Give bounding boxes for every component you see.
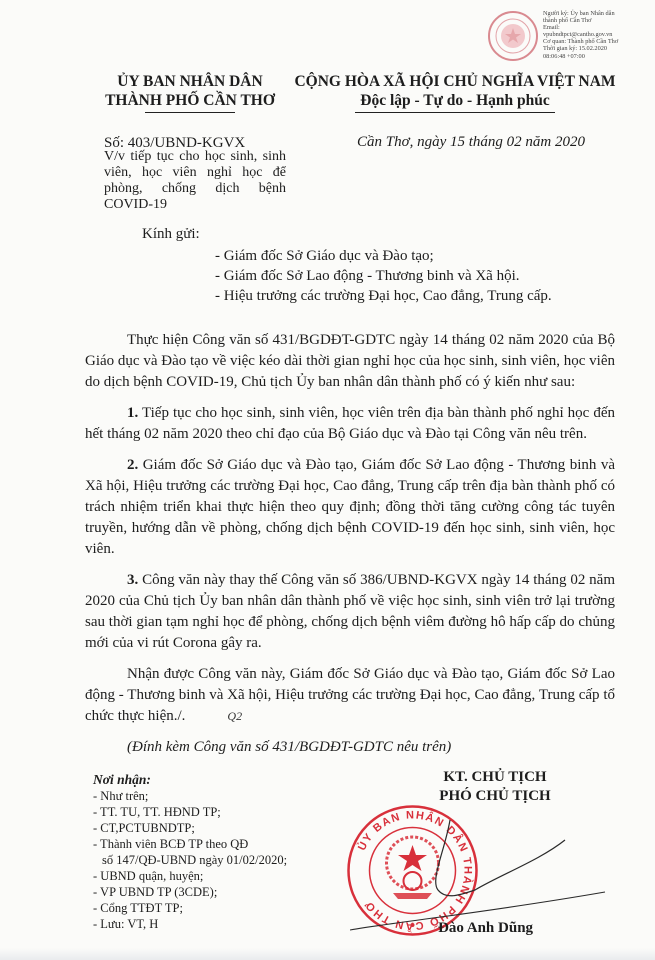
motto-divider: [355, 112, 555, 113]
distribution-list: Nơi nhận: - Như trên; - TT. TU, TT. HĐND…: [93, 772, 287, 932]
state-emblem-seal-icon: [487, 10, 539, 62]
digital-signature-lines: Người ký: Ủy ban Nhân dân thành phố Cần …: [543, 10, 618, 60]
point-2: 2. Giám đốc Sở Giáo dục và Đào tạo, Giám…: [85, 455, 615, 560]
closing-paragraph: Nhận được Công văn này, Giám đốc Sở Giáo…: [85, 664, 615, 727]
point-text: Giám đốc Sở Giáo dục và Đào tạo, Giám đố…: [85, 457, 615, 557]
distribution-item: - Lưu: VT, H: [93, 916, 287, 932]
intro-paragraph: Thực hiện Công văn số 431/BGDĐT-GDTC ngà…: [85, 330, 615, 393]
signer-name: Đào Anh Dũng: [438, 920, 533, 937]
attachment-note: (Đính kèm Công văn số 431/BGDĐT-GDTC nêu…: [85, 737, 615, 758]
distribution-label: Nơi nhận:: [93, 772, 287, 788]
document-subject: V/v tiếp tục cho học sinh, sinh viên, họ…: [104, 149, 286, 213]
national-title: CỘNG HÒA XÃ HỘI CHỦ NGHĨA VIỆT NAM Độc l…: [290, 72, 620, 113]
point-1: 1. Tiếp tục cho học sinh, sinh viên, học…: [85, 403, 615, 445]
point-number: 1.: [127, 405, 138, 421]
point-number: 3.: [127, 572, 138, 588]
distribution-item: - Thành viên BCĐ TP theo QĐ: [93, 836, 287, 852]
distribution-item: - Như trên;: [93, 788, 287, 804]
agency-divider: [145, 112, 235, 113]
handwritten-initials: Q2: [185, 706, 242, 727]
date-line: Cần Thơ, ngày 15 tháng 02 năm 2020: [357, 134, 585, 151]
recipient-item: - Hiệu trưởng các trường Đại học, Cao đẳ…: [215, 286, 552, 306]
document-page: Người ký: Ủy ban Nhân dân thành phố Cần …: [0, 0, 655, 960]
signatory-title-1: KT. CHỦ TỊCH: [410, 768, 580, 787]
issuing-agency: ỦY BAN NHÂN DÂN THÀNH PHỐ CẦN THƠ: [70, 72, 310, 113]
document-body: Thực hiện Công văn số 431/BGDĐT-GDTC ngà…: [85, 330, 615, 768]
nation-motto: Độc lập - Tự do - Hạnh phúc: [290, 91, 620, 110]
signatory-block: KT. CHỦ TỊCH PHÓ CHỦ TỊCH: [410, 768, 580, 806]
distribution-item: - UBND quận, huyện;: [93, 868, 287, 884]
point-3: 3. Công văn này thay thế Công văn số 386…: [85, 570, 615, 654]
recipients-label: Kính gửi:: [142, 226, 200, 243]
distribution-item: - TT. TU, TT. HĐND TP;: [93, 804, 287, 820]
distribution-item: - CT,PCTUBNDTP;: [93, 820, 287, 836]
distribution-item: - VP UBND TP (3CDE);: [93, 884, 287, 900]
recipient-item: - Giám đốc Sở Giáo dục và Đào tạo;: [215, 246, 552, 266]
distribution-item: số 147/QĐ-UBND ngày 01/02/2020;: [93, 852, 287, 868]
distribution-item: - Cổng TTĐT TP;: [93, 900, 287, 916]
agency-line-2: THÀNH PHỐ CẦN THƠ: [70, 91, 310, 110]
scan-edge: [0, 948, 655, 960]
recipients-list: - Giám đốc Sở Giáo dục và Đào tạo; - Giá…: [215, 246, 552, 306]
recipient-item: - Giám đốc Sở Lao động - Thương binh và …: [215, 266, 552, 286]
point-text: Công văn này thay thế Công văn số 386/UB…: [85, 572, 615, 651]
point-text: Tiếp tục cho học sinh, sinh viên, học vi…: [85, 405, 615, 442]
point-number: 2.: [127, 457, 138, 473]
agency-line-1: ỦY BAN NHÂN DÂN: [70, 72, 310, 91]
nation-line-1: CỘNG HÒA XÃ HỘI CHỦ NGHĨA VIỆT NAM: [290, 72, 620, 91]
digital-signature-block: Người ký: Ủy ban Nhân dân thành phố Cần …: [487, 6, 652, 66]
